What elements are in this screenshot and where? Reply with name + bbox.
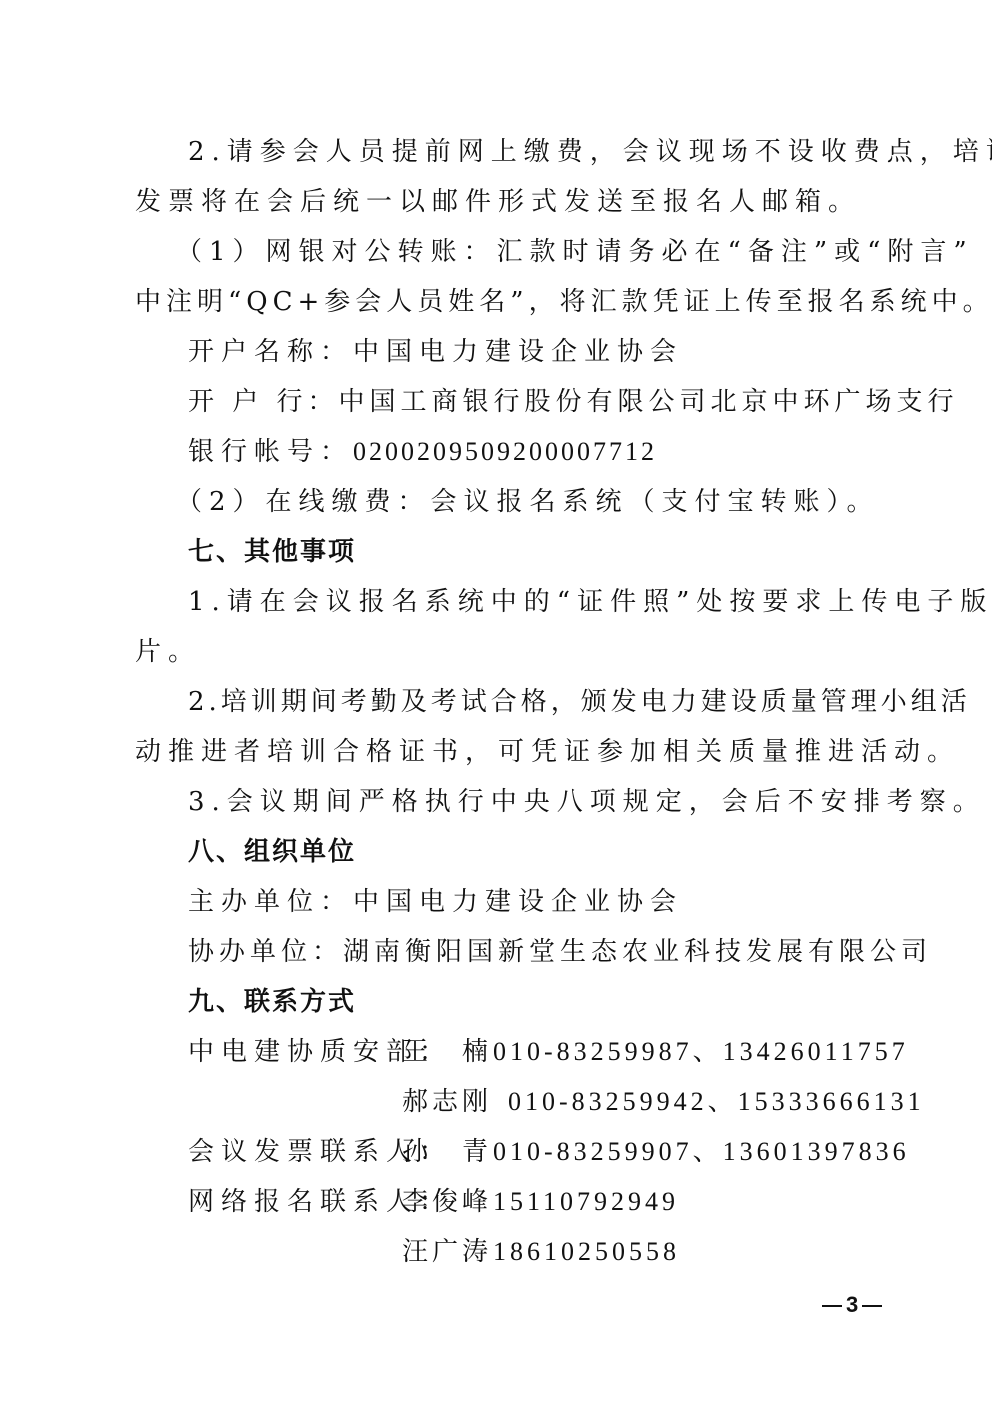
section-8-heading: 八、组织单位 (188, 827, 933, 877)
section-7-heading: 七、其他事项 (188, 527, 933, 577)
online-payment: （2）在线缴费：会议报名系统（支付宝转账）。 (176, 477, 921, 527)
payment-item2-line1: 2.请参会人员提前网上缴费，会议现场不设收费点，培训费 (188, 127, 880, 177)
account-name-row: 开户名称：中国电力建设企业协会 (188, 327, 880, 377)
account-number-row: 银行帐号：0200209509200007712 (188, 427, 880, 477)
section7-item1-line2: 片。 (135, 627, 880, 677)
host-row: 主办单位：中国电力建设企业协会 (188, 877, 880, 927)
page-number: 3 (846, 1292, 858, 1317)
contact-phone: 010-83259987、13426011757 (493, 1027, 909, 1077)
co-host-label: 协办单位： (188, 927, 343, 977)
section7-item2-line2: 动推进者培训合格证书，可凭证参加相关质量推进活动。 (135, 727, 880, 777)
host-value: 中国电力建设企业协会 (353, 887, 683, 917)
contact-phone: 15110792949 (493, 1177, 679, 1227)
account-number-value: 0200209509200007712 (353, 437, 657, 466)
bank-value: 中国工商银行股份有限公司北京中环广场支行 (339, 387, 959, 417)
contact-phone: 010-83259907、13601397836 (493, 1127, 910, 1177)
contact-phone: 010-83259942、15333666131 (508, 1077, 925, 1127)
contact-name: 孙 青 (402, 1127, 492, 1177)
page-number-footer: 3 (818, 1292, 886, 1318)
section7-item1-line1: 1.请在会议报名系统中的“证件照”处按要求上传电子版照 (188, 577, 880, 627)
payment-item2-line2: 发票将在会后统一以邮件形式发送至报名人邮箱。 (135, 177, 880, 227)
bank-transfer-line1: （1）网银对公转账：汇款时请务必在“备注”或“附言” (176, 227, 921, 277)
document-page: 2.请参会人员提前网上缴费，会议现场不设收费点，培训费 发票将在会后统一以邮件形… (0, 0, 992, 1403)
contact-name: 汪广涛 (402, 1227, 492, 1277)
host-label: 主办单位： (188, 877, 353, 927)
contact-name: 王 楠 (402, 1027, 492, 1077)
co-host-value: 湖南衡阳国新堂生态农业科技发展有限公司 (343, 937, 932, 967)
bank-transfer-line2: 中注明“QC+参会人员姓名”，将汇款凭证上传至报名系统中。 (135, 277, 880, 327)
dash-right (862, 1305, 882, 1307)
contact-name: 李俊峰 (402, 1177, 492, 1227)
section7-item3: 3.会议期间严格执行中央八项规定，会后不安排考察。 (188, 777, 880, 827)
dash-left (822, 1305, 842, 1307)
section-9-heading: 九、联系方式 (188, 977, 933, 1027)
bank-label: 开 户 行： (188, 377, 339, 427)
bank-row: 开 户 行：中国工商银行股份有限公司北京中环广场支行 (188, 377, 880, 427)
account-number-label: 银行帐号： (188, 427, 353, 477)
contact-name: 郝志刚 (402, 1077, 492, 1127)
section7-item2-line1: 2.培训期间考勤及考试合格，颁发电力建设质量管理小组活 (188, 677, 880, 727)
account-name-label: 开户名称： (188, 327, 353, 377)
co-host-row: 协办单位：湖南衡阳国新堂生态农业科技发展有限公司 (188, 927, 880, 977)
account-name-value: 中国电力建设企业协会 (353, 337, 683, 367)
contact-phone: 18610250558 (493, 1227, 680, 1277)
